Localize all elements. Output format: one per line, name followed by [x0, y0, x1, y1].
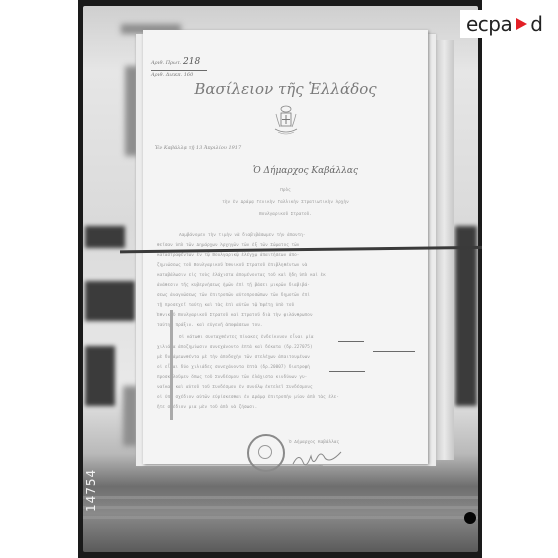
table-edge [83, 496, 478, 499]
underline-mark [338, 341, 364, 342]
sender-heading: Ὁ Δήμαρχος Καβάλλας [143, 166, 428, 176]
negative-number: 14754 [84, 469, 98, 512]
background-object [455, 226, 477, 406]
underline-mark [373, 351, 415, 352]
body-line: οἱ ὑπὸ σχέδιον αὐτῶν εὑρίσκεσθαι ἐν Δράμ… [157, 395, 339, 400]
body-line: σεως ἀναγνώσεως τῶν ἐπιτροπῶν αὐτοπροσώπ… [157, 293, 310, 298]
logo-text-left: ecpa [466, 12, 512, 36]
body-line: τῇ προσεχεῖ ταύτῃ καὶ τὰς ἐπὶ αὐτῶν τῷ Ἐ… [157, 303, 294, 308]
handwritten-signature-icon [291, 450, 343, 470]
address-line: Βουλγαρικοῦ Στρατοῦ. [143, 212, 428, 217]
plate-damage-spot [464, 512, 476, 524]
logo-text-right: d [530, 12, 542, 36]
body-line: χιλιάδα ἀποζημίωσιν συνεχάνοντο ἐπτὰ καὶ… [157, 345, 313, 350]
address-line: Πρὸς [143, 188, 428, 193]
body-line: Οἱ κάτωθι συνταχθέντες πίνακες ἐνδείκνυο… [179, 335, 313, 340]
background-object [85, 226, 125, 248]
archival-photograph: 1/7 Αριθ. Πρωτ. 218 Αριθ. Διεκπ. 160 Βασ… [78, 0, 482, 558]
body-line: ἀνάθεσιν τῆς κυβερνήσεως ἡμῶν ἐπὶ τῇ βάσ… [157, 283, 310, 288]
body-line: θεῖσαν ὑπὸ τῶν Δημάρχων Ἀρχηγῶν τῶν ἐξ τ… [157, 243, 299, 248]
address-line: τὴν ἐν Δράμᾳ Γενικὴν Γαλλικὴν Στρατιωτικ… [143, 200, 428, 205]
body-line: καταβάλωσιν εἰς τοὺς ἐλάχιστα ἀπομένοντα… [157, 273, 326, 278]
background-object [85, 346, 115, 406]
municipal-seal-stamp-icon [247, 434, 285, 472]
table-edge [83, 506, 478, 509]
body-line: καταστραφέντων ἐν τῷ Βουλγαρικῷ ἐλέγχῳ ἀ… [157, 253, 299, 258]
margin-annotation [170, 310, 173, 420]
signature-title: Ὁ Δήμαρχος Καβάλλας [289, 440, 339, 445]
body-line: προσκαλοῦμεν ὅπως τοῦ Συνδέσμου τῶν ἐλάχ… [157, 375, 307, 380]
body-line: Λαμβάνομεν τὴν τιμὴν νὰ διαβιβάσωμεν τὴν… [179, 233, 306, 238]
play-triangle-icon [516, 18, 527, 30]
underline-mark [329, 371, 365, 372]
letterhead-title: Βασίλειον τῆς Ἑλλάδος [143, 80, 428, 98]
body-line: Ἐθνικοῦ Βουλγαρικοῦ Στρατοῦ καὶ Στρατοῦ … [157, 313, 313, 318]
dispatch-number: Αριθ. Διεκπ. 160 [151, 72, 193, 78]
table-edge [83, 516, 478, 519]
body-line: ναῖκας καὶ αὐτοῦ τοῦ Συνδέσμου ἐν συνόλῳ… [157, 385, 313, 390]
ecpad-logo: ecpa d [460, 10, 546, 38]
body-line: μὲ δυνάμεωνθέντα μὲ τὴν ἀποδοχὴν τῶν στε… [157, 355, 310, 360]
body-line: ζημιώσεως τοῦ Βουλγαρικοῦ Ἐθνικοῦ Στρατο… [157, 263, 307, 268]
background-object [85, 281, 135, 321]
body-line: οἱ εἶναι δύο χιλιάδες συνεχάνοντα ἑπτὰ (… [157, 365, 310, 370]
divider [151, 70, 207, 71]
place-and-date: Ἐν Καβάλλᾳ τῇ 13 Ἀπριλίου 1917 [155, 145, 241, 151]
greek-royal-coat-of-arms-icon [273, 105, 299, 137]
protocol-number: Αριθ. Πρωτ. 218 [151, 57, 200, 67]
